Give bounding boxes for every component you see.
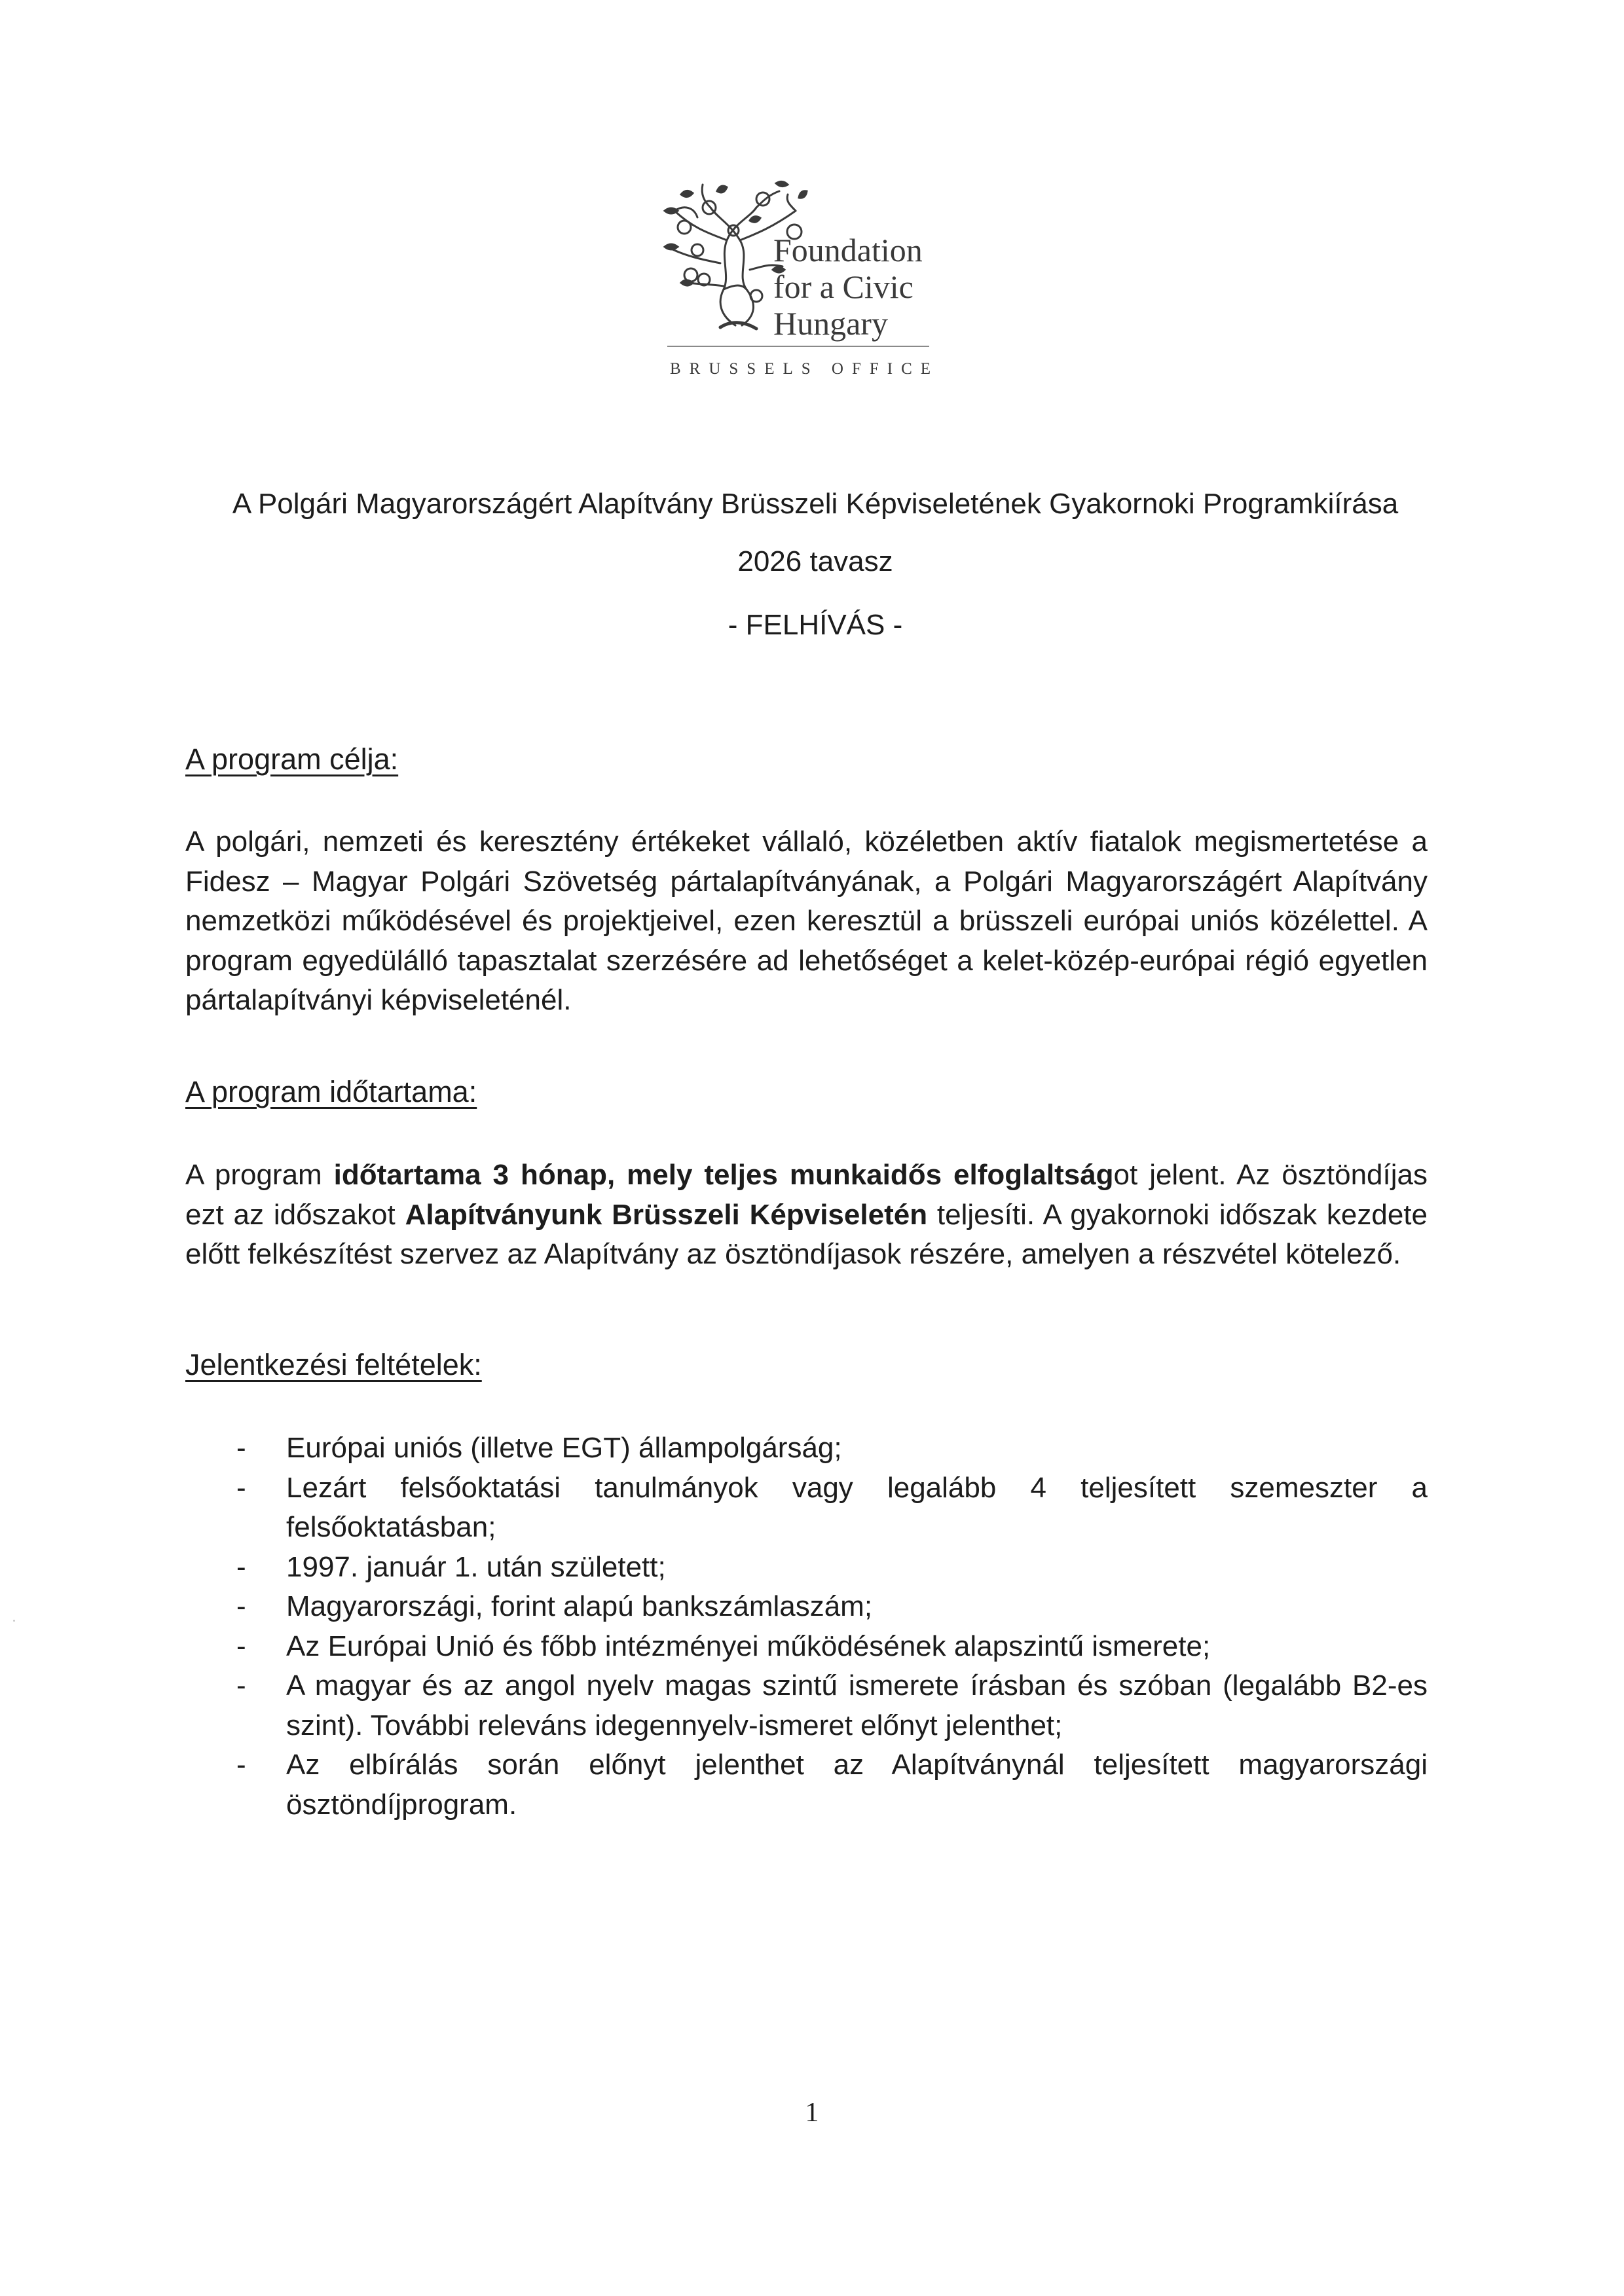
- bullet-dash: -: [236, 1627, 246, 1667]
- bullet-dash: -: [236, 1587, 246, 1627]
- emphasized-text: Alapítványunk Brüsszeli Képviseletén: [405, 1199, 928, 1231]
- section-heading-goal: A program célja:: [185, 740, 398, 779]
- requirement-text: Az elbírálás során előnyt jelenthet az A…: [286, 1749, 1428, 1821]
- requirement-text: Európai uniós (illetve EGT) állampolgárs…: [286, 1432, 842, 1464]
- scan-artifact: [13, 1620, 15, 1622]
- document-title: A Polgári Magyarországért Alapítvány Brü…: [177, 484, 1454, 524]
- section-program-duration: A program időtartama: A program időtarta…: [185, 1072, 1428, 1275]
- body-text: A program: [185, 1159, 334, 1191]
- office-label: BRUSSELS OFFICE: [670, 360, 932, 378]
- requirement-item: -Az Európai Unió és főbb intézményei műk…: [185, 1627, 1428, 1667]
- requirement-text: Lezárt felsőoktatási tanulmányok vagy le…: [286, 1472, 1428, 1544]
- document-call-label: - FELHÍVÁS -: [177, 606, 1454, 645]
- bullet-dash: -: [236, 1468, 246, 1508]
- section-body-goal: A polgári, nemzeti és keresztény értékek…: [185, 822, 1428, 1021]
- requirement-item: -1997. január 1. után született;: [185, 1548, 1428, 1588]
- foundation-name: Foundation for a Civic Hungary: [773, 232, 923, 342]
- bullet-dash: -: [236, 1548, 246, 1588]
- section-heading-duration: A program időtartama:: [185, 1072, 1428, 1112]
- page-number: 1: [779, 2097, 845, 2128]
- requirement-item: -Lezárt felsőoktatási tanulmányok vagy l…: [185, 1468, 1428, 1548]
- requirement-text: A magyar és az angol nyelv magas szintű …: [286, 1669, 1428, 1741]
- section-application-requirements: Jelentkezési feltételek: -Európai uniós …: [185, 1345, 1428, 1385]
- requirement-item: -Az elbírálás során előnyt jelenthet az …: [185, 1745, 1428, 1825]
- bullet-dash: -: [236, 1666, 246, 1706]
- requirement-text: 1997. január 1. után született;: [286, 1551, 666, 1583]
- requirement-text: Az Európai Unió és főbb intézményei műkö…: [286, 1630, 1210, 1662]
- bullet-dash: -: [236, 1745, 246, 1785]
- requirements-list: -Európai uniós (illetve EGT) állampolgár…: [185, 1429, 1428, 1825]
- requirement-item: -Európai uniós (illetve EGT) állampolgár…: [185, 1429, 1428, 1468]
- foundation-logo: Foundation for a Civic Hungary BRUSSELS …: [658, 172, 940, 388]
- foundation-name-line-3: Hungary: [773, 305, 923, 342]
- requirement-text: Magyarországi, forint alapú bankszámlasz…: [286, 1590, 872, 1622]
- section-body-duration: A program időtartama 3 hónap, mely telje…: [185, 1156, 1428, 1275]
- emphasized-text: időtartama 3 hónap, mely teljes munkaidő…: [334, 1159, 1114, 1191]
- bullet-dash: -: [236, 1429, 246, 1468]
- requirement-item: -Magyarországi, forint alapú bankszámlas…: [185, 1587, 1428, 1627]
- section-heading-requirements: Jelentkezési feltételek:: [185, 1345, 1428, 1385]
- logo-divider: [667, 346, 929, 347]
- foundation-name-line-2: for a Civic: [773, 268, 923, 305]
- foundation-name-line-1: Foundation: [773, 232, 923, 268]
- document-season: 2026 tavasz: [177, 542, 1454, 581]
- requirement-item: -A magyar és az angol nyelv magas szintű…: [185, 1666, 1428, 1745]
